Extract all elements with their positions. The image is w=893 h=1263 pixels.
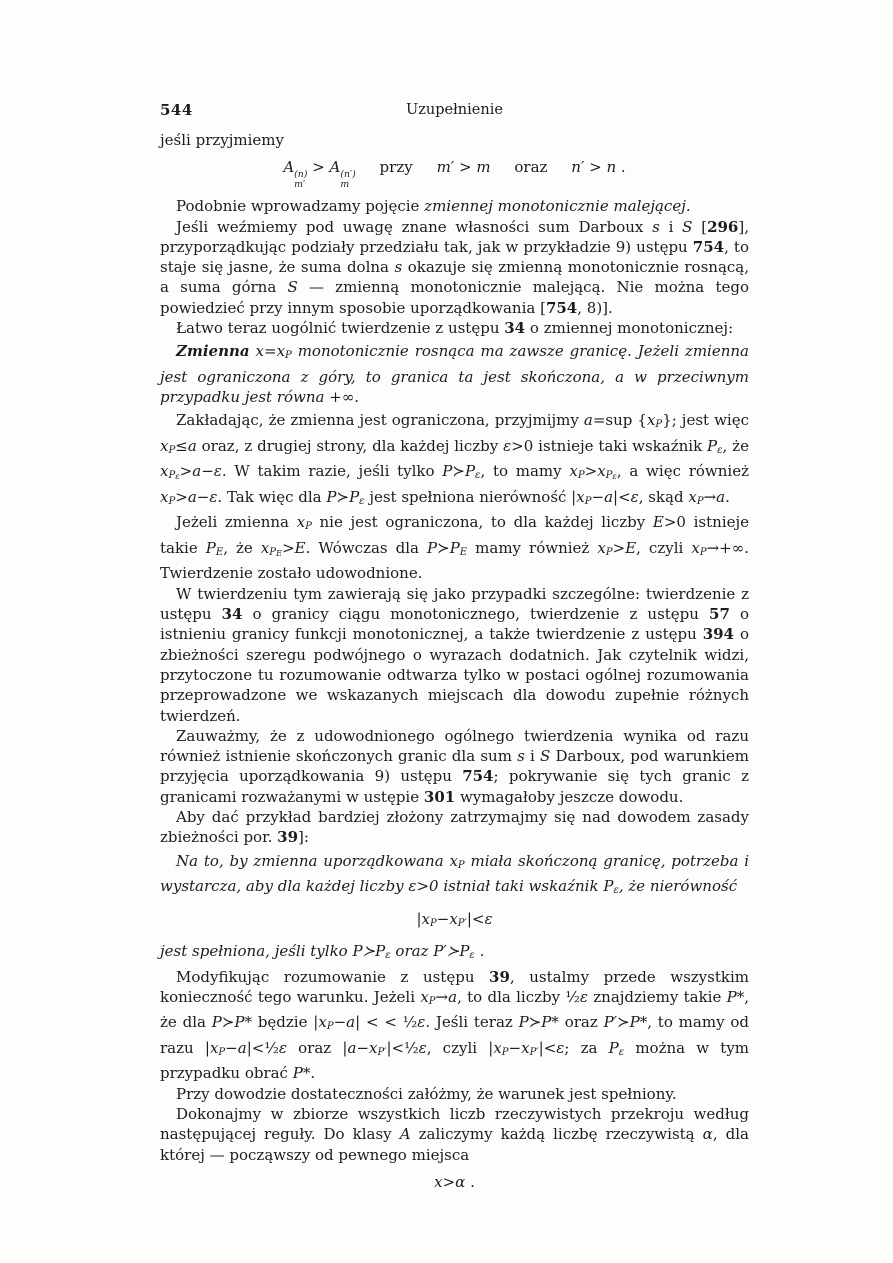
paragraph: Zakładając, że zmienna jest ograniczona,… <box>160 410 749 512</box>
paragraph: Na to, by zmienna uporządkowana xP miała… <box>160 851 749 902</box>
paragraph: Przy dowodzie dostateczności załóżmy, że… <box>160 1084 749 1104</box>
page-number: 544 <box>160 101 193 119</box>
paragraph: jest spełniona, jeśli tylko P≻Pε oraz P′… <box>160 941 749 967</box>
paragraph: Zmienna x=xP monotonicznie rosnąca ma za… <box>160 341 749 407</box>
paragraph: Łatwo teraz uogólnić twierdzenie z ustęp… <box>160 318 749 338</box>
page-header: 544 Uzupełnienie <box>160 101 749 119</box>
running-title: Uzupełnienie <box>160 101 749 119</box>
paragraph: Jeżeli zmienna xP nie jest ograniczona, … <box>160 512 749 583</box>
paragraph: Modyfikując rozumowanie z ustępu 39, ust… <box>160 967 749 1084</box>
display-formula: x>α . <box>160 1172 749 1192</box>
paragraph: Dokonajmy w zbiorze wszystkich liczb rze… <box>160 1104 749 1165</box>
book-page: 544 Uzupełnienie jeśli przyjmiemyA(n)m′ … <box>0 0 893 1263</box>
paragraph: jeśli przyjmiemy <box>160 130 749 150</box>
sub-sup-stack: (n′)m <box>340 170 355 190</box>
paragraph: Podobnie wprowadzamy pojęcie zmiennej mo… <box>160 196 749 216</box>
paragraph: W twierdzeniu tym zawierają się jako prz… <box>160 584 749 726</box>
paragraph: Jeśli weźmiemy pod uwagę znane własności… <box>160 217 749 318</box>
paragraph: Zauważmy, że z udowodnionego ogólnego tw… <box>160 726 749 807</box>
display-formula: |xP−xP′|<ε <box>160 909 749 935</box>
display-formula: A(n)m′ > A(n′)m przy m′ > m oraz n′ > n … <box>160 157 749 189</box>
document-body: jeśli przyjmiemyA(n)m′ > A(n′)m przy m′ … <box>160 130 749 1199</box>
paragraph: Aby dać przykład bardziej złożony zatrzy… <box>160 807 749 848</box>
sub-sup-stack: (n)m′ <box>294 170 307 190</box>
